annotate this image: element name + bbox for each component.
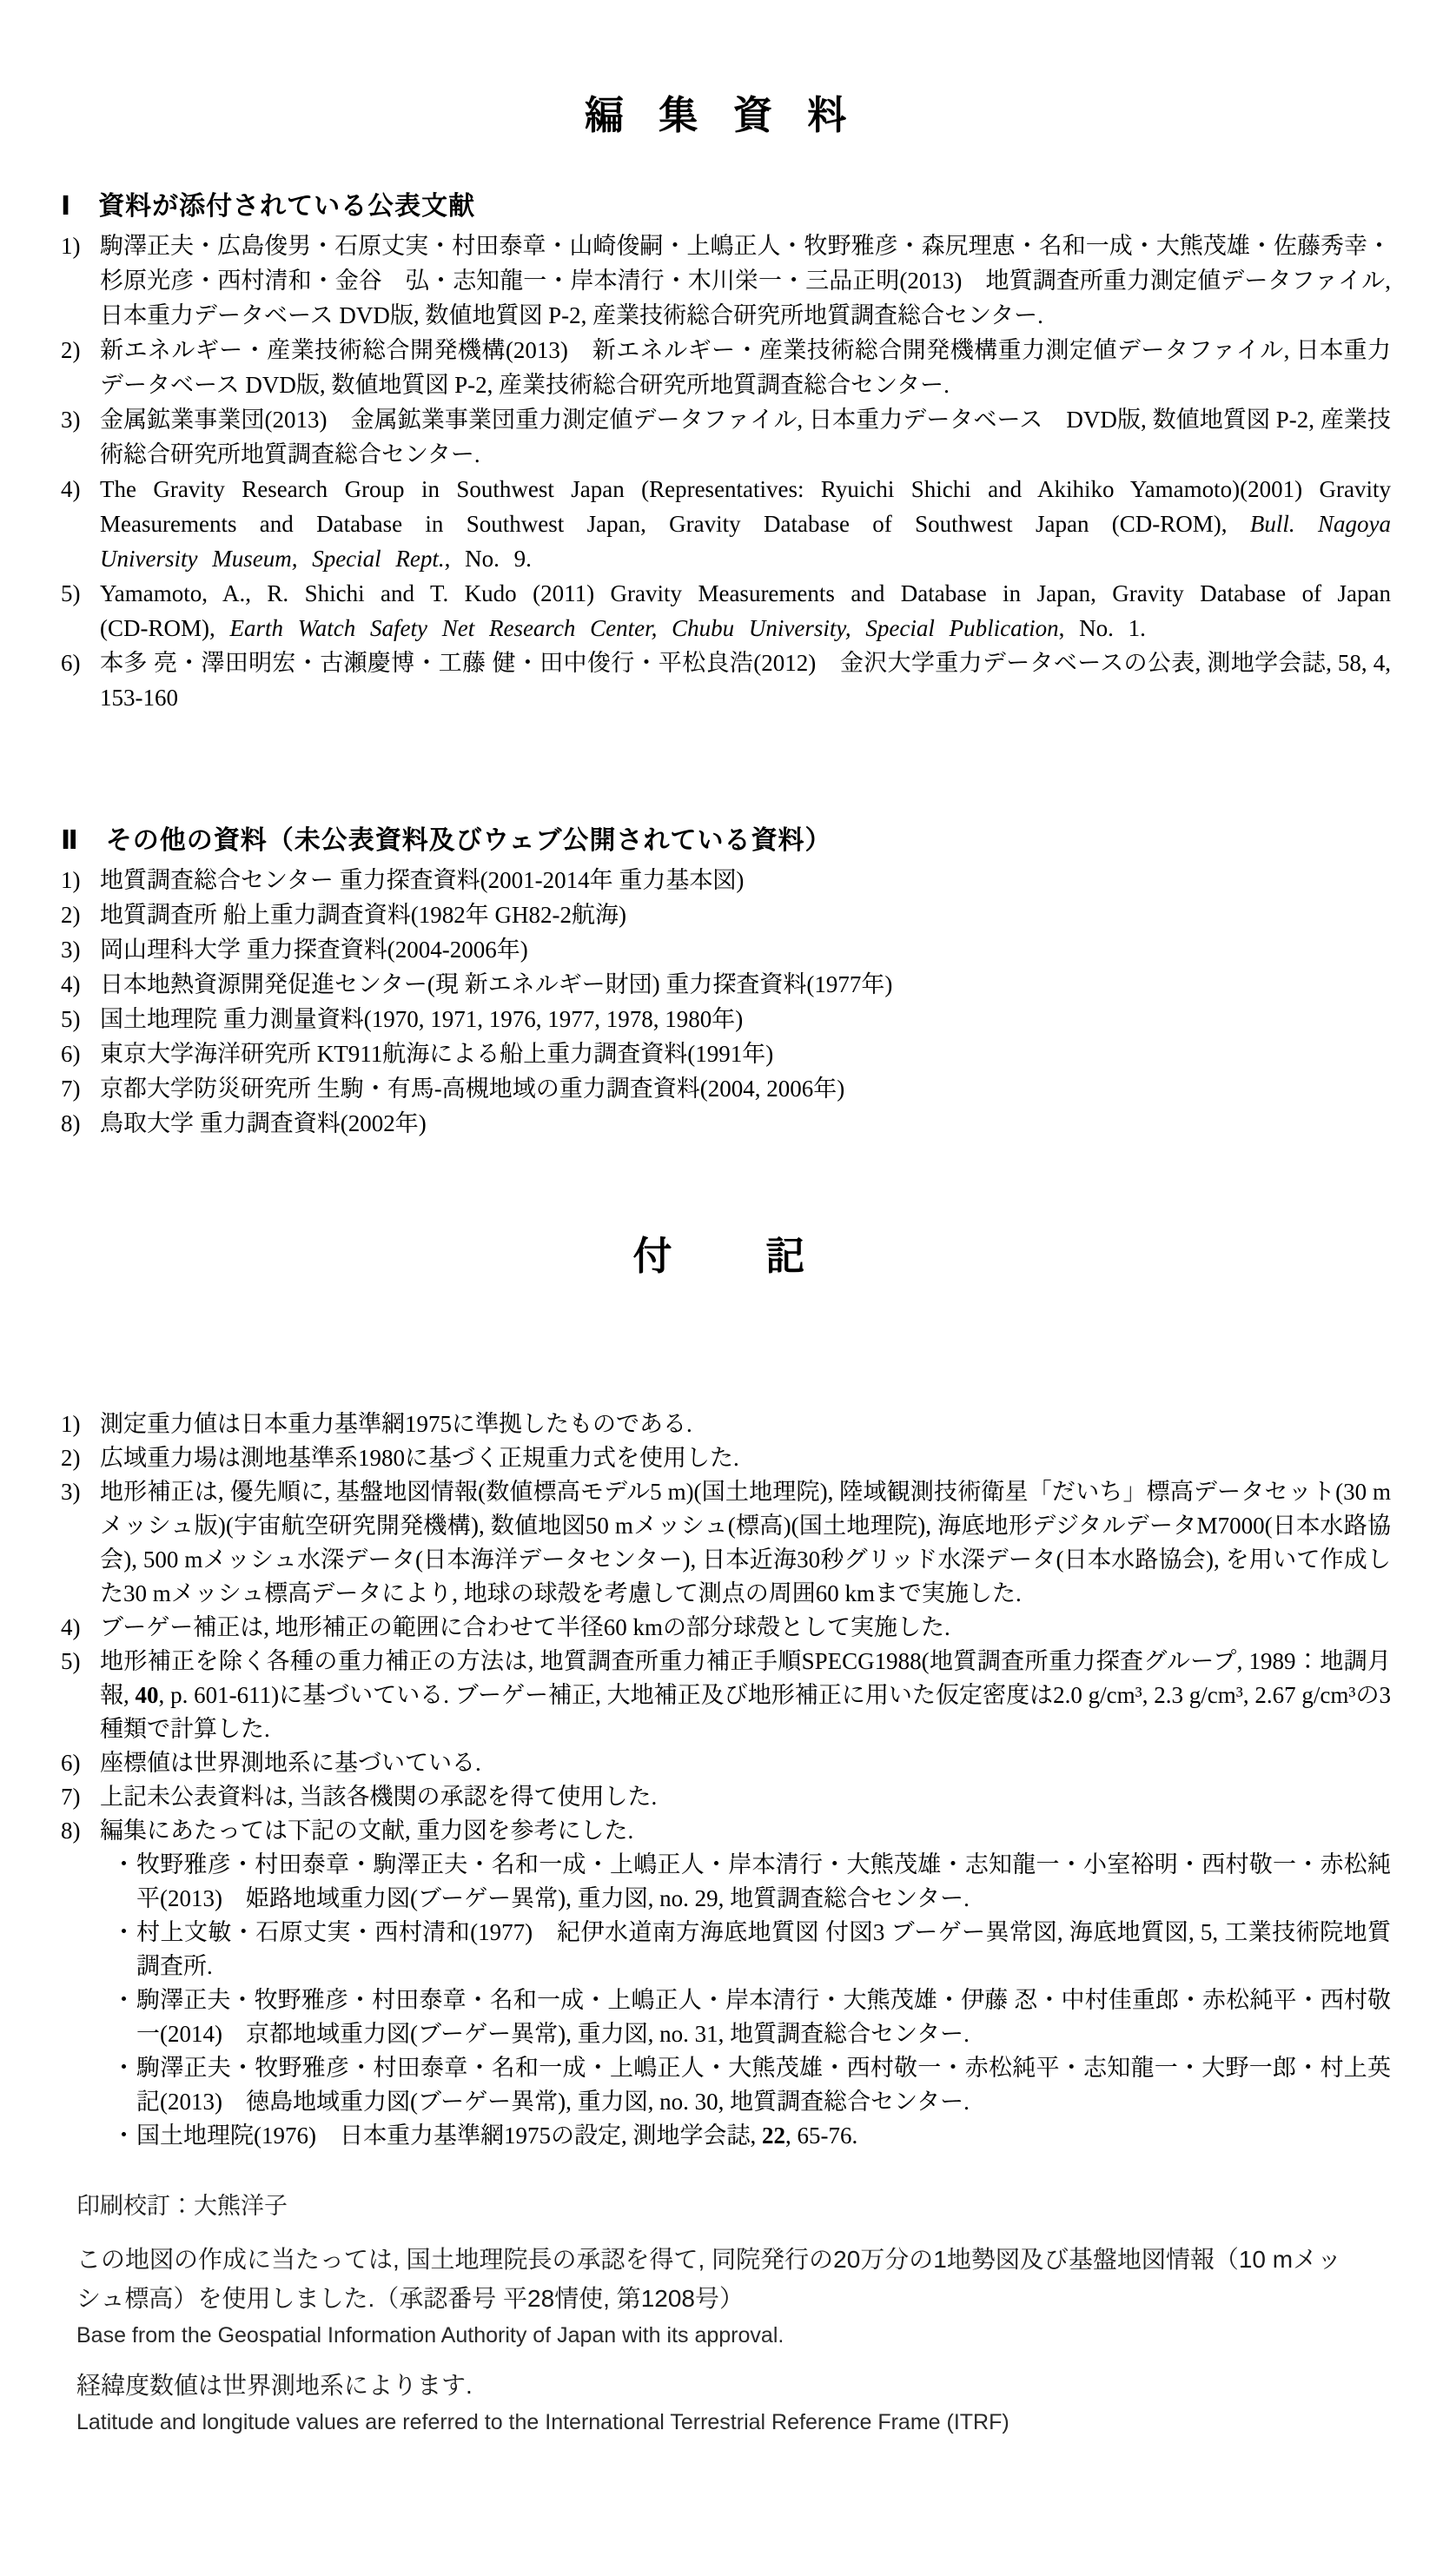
bullet-icon: ・ — [112, 2119, 136, 2153]
item-number: 5) — [61, 1002, 100, 1036]
item-number: 4) — [61, 967, 100, 1002]
text-run: 新エネルギー・産業技術総合開発機構(2013) 新エネルギー・産業技術総合開発機… — [100, 337, 1391, 398]
item-number: 5) — [61, 1645, 100, 1746]
text-run: 鳥取大学 重力調査資料(2002年) — [100, 1110, 427, 1136]
text-run: 22 — [762, 2122, 785, 2149]
item-number: 3) — [61, 402, 100, 472]
sub-bullet-item: ・国土地理院(1976) 日本重力基準網1975の設定, 測地学会誌, 22, … — [100, 2119, 1391, 2153]
list-item: 4)The Gravity Research Group in Southwes… — [61, 472, 1391, 576]
item-number: 4) — [61, 472, 100, 576]
item-number: 3) — [61, 932, 100, 967]
footer: 印刷校訂：大熊洋子 この地図の作成に当たっては, 国土地理院長の承認を得て, 同… — [76, 2191, 1373, 2436]
approval-note-jp: この地図の作成に当たっては, 国土地理院長の承認を得て, 同院発行の20万分の1… — [76, 2240, 1345, 2318]
text-run: 駒澤正夫・牧野雅彦・村田泰章・名和一成・上嶋正人・大熊茂雄・西村敬一・赤松純平・… — [136, 2055, 1391, 2115]
sub-bullet-item: ・駒澤正夫・牧野雅彦・村田泰章・名和一成・上嶋正人・岸本清行・大熊茂雄・伊藤 忍… — [100, 1983, 1391, 2051]
list-item: 5)Yamamoto, A., R. Shichi and T. Kudo (2… — [61, 576, 1391, 646]
text-run: 測定重力値は日本重力基準網1975に準拠したものである. — [100, 1411, 692, 1437]
item-number: 2) — [61, 1441, 100, 1475]
item-number: 8) — [61, 1814, 100, 2153]
list-item: 2)地質調査所 船上重力調査資料(1982年 GH82-2航海) — [61, 897, 1391, 932]
text-run: 国土地理院(1976) 日本重力基準網1975の設定, 測地学会誌, — [136, 2122, 762, 2149]
text-run: 座標値は世界測地系に基づいている. — [100, 1750, 481, 1776]
text-run: , No. 1. — [1059, 615, 1146, 641]
text-run: , p. 601-611)に基づいている. ブーゲー補正, 大地補正及び地形補正… — [100, 1682, 1391, 1742]
text-run: Earth Watch Safety Net Research Center, … — [230, 615, 1059, 641]
section1-heading: Ⅰ 資料が添付されている公表文献 — [61, 189, 1391, 225]
item-number: 7) — [61, 1780, 100, 1814]
item-number: 1) — [61, 1407, 100, 1441]
text-run: 40 — [136, 1682, 159, 1708]
appendix-title: 付 記 — [0, 1224, 1443, 1281]
bullet-icon: ・ — [112, 2051, 136, 2119]
list-item: 6)東京大学海洋研究所 KT911航海による船上重力調査資料(1991年) — [61, 1036, 1391, 1071]
list-item: 3)岡山理科大学 重力探査資料(2004-2006年) — [61, 932, 1391, 967]
text-run: 牧野雅彦・村田泰章・駒澤正夫・名和一成・上嶋正人・岸本清行・大熊茂雄・志知龍一・… — [136, 1851, 1391, 1911]
item-number: 1) — [61, 228, 100, 333]
text-run: 駒澤正夫・牧野雅彦・村田泰章・名和一成・上嶋正人・岸本清行・大熊茂雄・伊藤 忍・… — [136, 1987, 1391, 2047]
datum-note-jp: 経緯度数値は世界測地系によります. — [76, 2370, 1373, 2401]
text-run: 金属鉱業事業団(2013) 金属鉱業事業団重力測定値データファイル, 日本重力デ… — [100, 407, 1391, 467]
item-number: 6) — [61, 1036, 100, 1071]
text-run: 東京大学海洋研究所 KT911航海による船上重力調査資料(1991年) — [100, 1041, 773, 1067]
list-item: 5)地形補正を除く各種の重力補正の方法は, 地質調査所重力補正手順SPECG19… — [61, 1645, 1391, 1746]
text-run: 上記未公表資料は, 当該各機関の承認を得て使用した. — [100, 1784, 657, 1810]
list-item: 1)地質調査総合センター 重力探査資料(2001-2014年 重力基本図) — [61, 863, 1391, 897]
text-run: 岡山理科大学 重力探査資料(2004-2006年) — [100, 937, 528, 963]
sub-bullet-item: ・牧野雅彦・村田泰章・駒澤正夫・名和一成・上嶋正人・岸本清行・大熊茂雄・志知龍一… — [100, 1848, 1391, 1916]
section-published-references: Ⅰ 資料が添付されている公表文献 1)駒澤正夫・広島俊男・石原丈実・村田泰章・山… — [61, 189, 1391, 715]
text-run: 国土地理院 重力測量資料(1970, 1971, 1976, 1977, 197… — [100, 1006, 743, 1032]
sub-bullet-item: ・駒澤正夫・牧野雅彦・村田泰章・名和一成・上嶋正人・大熊茂雄・西村敬一・赤松純平… — [100, 2051, 1391, 2119]
text-run: 編集にあたっては下記の文献, 重力図を参考にした. — [100, 1818, 633, 1844]
item-number: 2) — [61, 333, 100, 402]
item-number: 4) — [61, 1611, 100, 1645]
list-item: 2)新エネルギー・産業技術総合開発機構(2013) 新エネルギー・産業技術総合開… — [61, 333, 1391, 402]
text-run: The Gravity Research Group in Southwest … — [100, 476, 1391, 537]
list-item: 8)鳥取大学 重力調査資料(2002年) — [61, 1106, 1391, 1141]
list-item: 5)国土地理院 重力測量資料(1970, 1971, 1976, 1977, 1… — [61, 1002, 1391, 1036]
text-run: ブーゲー補正は, 地形補正の範囲に合わせて半径60 kmの部分球殻として実施した… — [100, 1614, 950, 1640]
list-item: 1)駒澤正夫・広島俊男・石原丈実・村田泰章・山崎俊嗣・上嶋正人・牧野雅彦・森尻理… — [61, 228, 1391, 333]
item-number: 2) — [61, 897, 100, 932]
text-run: 京都大学防災研究所 生駒・有馬-高槻地域の重力調査資料(2004, 2006年) — [100, 1076, 844, 1102]
approval-note-en: Base from the Geospatial Information Aut… — [76, 2321, 1373, 2349]
text-run: 地質調査総合センター 重力探査資料(2001-2014年 重力基本図) — [100, 867, 744, 893]
text-run: 日本地熱資源開発促進センター(現 新エネルギー財団) 重力探査資料(1977年) — [100, 971, 892, 997]
item-number: 1) — [61, 863, 100, 897]
appendix-notes-list: 1)測定重力値は日本重力基準網1975に準拠したものである.2)広域重力場は測地… — [61, 1407, 1391, 2153]
text-run: 地形補正は, 優先順に, 基盤地図情報(数値標高モデル5 m)(国土地理院), … — [100, 1479, 1391, 1606]
text-run: 広域重力場は測地基準系1980に基づく正規重力式を使用した. — [100, 1445, 739, 1471]
section1-reference-list: 1)駒澤正夫・広島俊男・石原丈実・村田泰章・山崎俊嗣・上嶋正人・牧野雅彦・森尻理… — [61, 228, 1391, 715]
datum-note-en: Latitude and longitude values are referr… — [76, 2408, 1373, 2436]
bullet-icon: ・ — [112, 1848, 136, 1916]
list-item: 2)広域重力場は測地基準系1980に基づく正規重力式を使用した. — [61, 1441, 1391, 1475]
text-run: 駒澤正夫・広島俊男・石原丈実・村田泰章・山崎俊嗣・上嶋正人・牧野雅彦・森尻理恵・… — [100, 233, 1391, 328]
text-run: 村上文敏・石原丈実・西村清和(1977) 紀伊水道南方海底地質図 付図3 ブーゲ… — [136, 1919, 1391, 1979]
page-title: 編 集 資 料 — [0, 0, 1443, 140]
list-item: 7)京都大学防災研究所 生駒・有馬-高槻地域の重力調査資料(2004, 2006… — [61, 1071, 1391, 1106]
item-number: 8) — [61, 1106, 100, 1141]
item-number: 3) — [61, 1475, 100, 1611]
sub-bullet-item: ・村上文敏・石原丈実・西村清和(1977) 紀伊水道南方海底地質図 付図3 ブー… — [100, 1916, 1391, 1983]
item-number: 6) — [61, 646, 100, 715]
text-run: 本多 亮・澤田明宏・古瀬慶博・工藤 健・田中俊行・平松良浩(2012) 金沢大学… — [100, 650, 1391, 711]
list-item: 4)ブーゲー補正は, 地形補正の範囲に合わせて半径60 kmの部分球殻として実施… — [61, 1611, 1391, 1645]
list-item: 7)上記未公表資料は, 当該各機関の承認を得て使用した. — [61, 1780, 1391, 1814]
list-item: 3)金属鉱業事業団(2013) 金属鉱業事業団重力測定値データファイル, 日本重… — [61, 402, 1391, 472]
list-item: 8)編集にあたっては下記の文献, 重力図を参考にした.・牧野雅彦・村田泰章・駒澤… — [61, 1814, 1391, 2153]
list-item: 6)座標値は世界測地系に基づいている. — [61, 1746, 1391, 1780]
bullet-icon: ・ — [112, 1983, 136, 2051]
section2-reference-list: 1)地質調査総合センター 重力探査資料(2001-2014年 重力基本図)2)地… — [61, 863, 1391, 1141]
text-run: , No. 9. — [445, 546, 532, 572]
bullet-icon: ・ — [112, 1916, 136, 1983]
list-item: 4)日本地熱資源開発促進センター(現 新エネルギー財団) 重力探査資料(1977… — [61, 967, 1391, 1002]
item-number: 5) — [61, 576, 100, 646]
section2-heading: Ⅱ その他の資料（未公表資料及びウェブ公開されている資料） — [61, 823, 1391, 859]
section-other-materials: Ⅱ その他の資料（未公表資料及びウェブ公開されている資料） 1)地質調査総合セン… — [61, 823, 1391, 1141]
print-proofreader-line: 印刷校訂：大熊洋子 — [76, 2191, 1373, 2221]
text-run: 地質調査所 船上重力調査資料(1982年 GH82-2航海) — [100, 902, 626, 928]
item-number: 6) — [61, 1746, 100, 1780]
list-item: 3)地形補正は, 優先順に, 基盤地図情報(数値標高モデル5 m)(国土地理院)… — [61, 1475, 1391, 1611]
text-run: , 65-76. — [785, 2122, 857, 2149]
list-item: 6)本多 亮・澤田明宏・古瀬慶博・工藤 健・田中俊行・平松良浩(2012) 金沢… — [61, 646, 1391, 715]
item-number: 7) — [61, 1071, 100, 1106]
list-item: 1)測定重力値は日本重力基準網1975に準拠したものである. — [61, 1407, 1391, 1441]
document-page: 編 集 資 料 Ⅰ 資料が添付されている公表文献 1)駒澤正夫・広島俊男・石原丈… — [0, 0, 1443, 2576]
